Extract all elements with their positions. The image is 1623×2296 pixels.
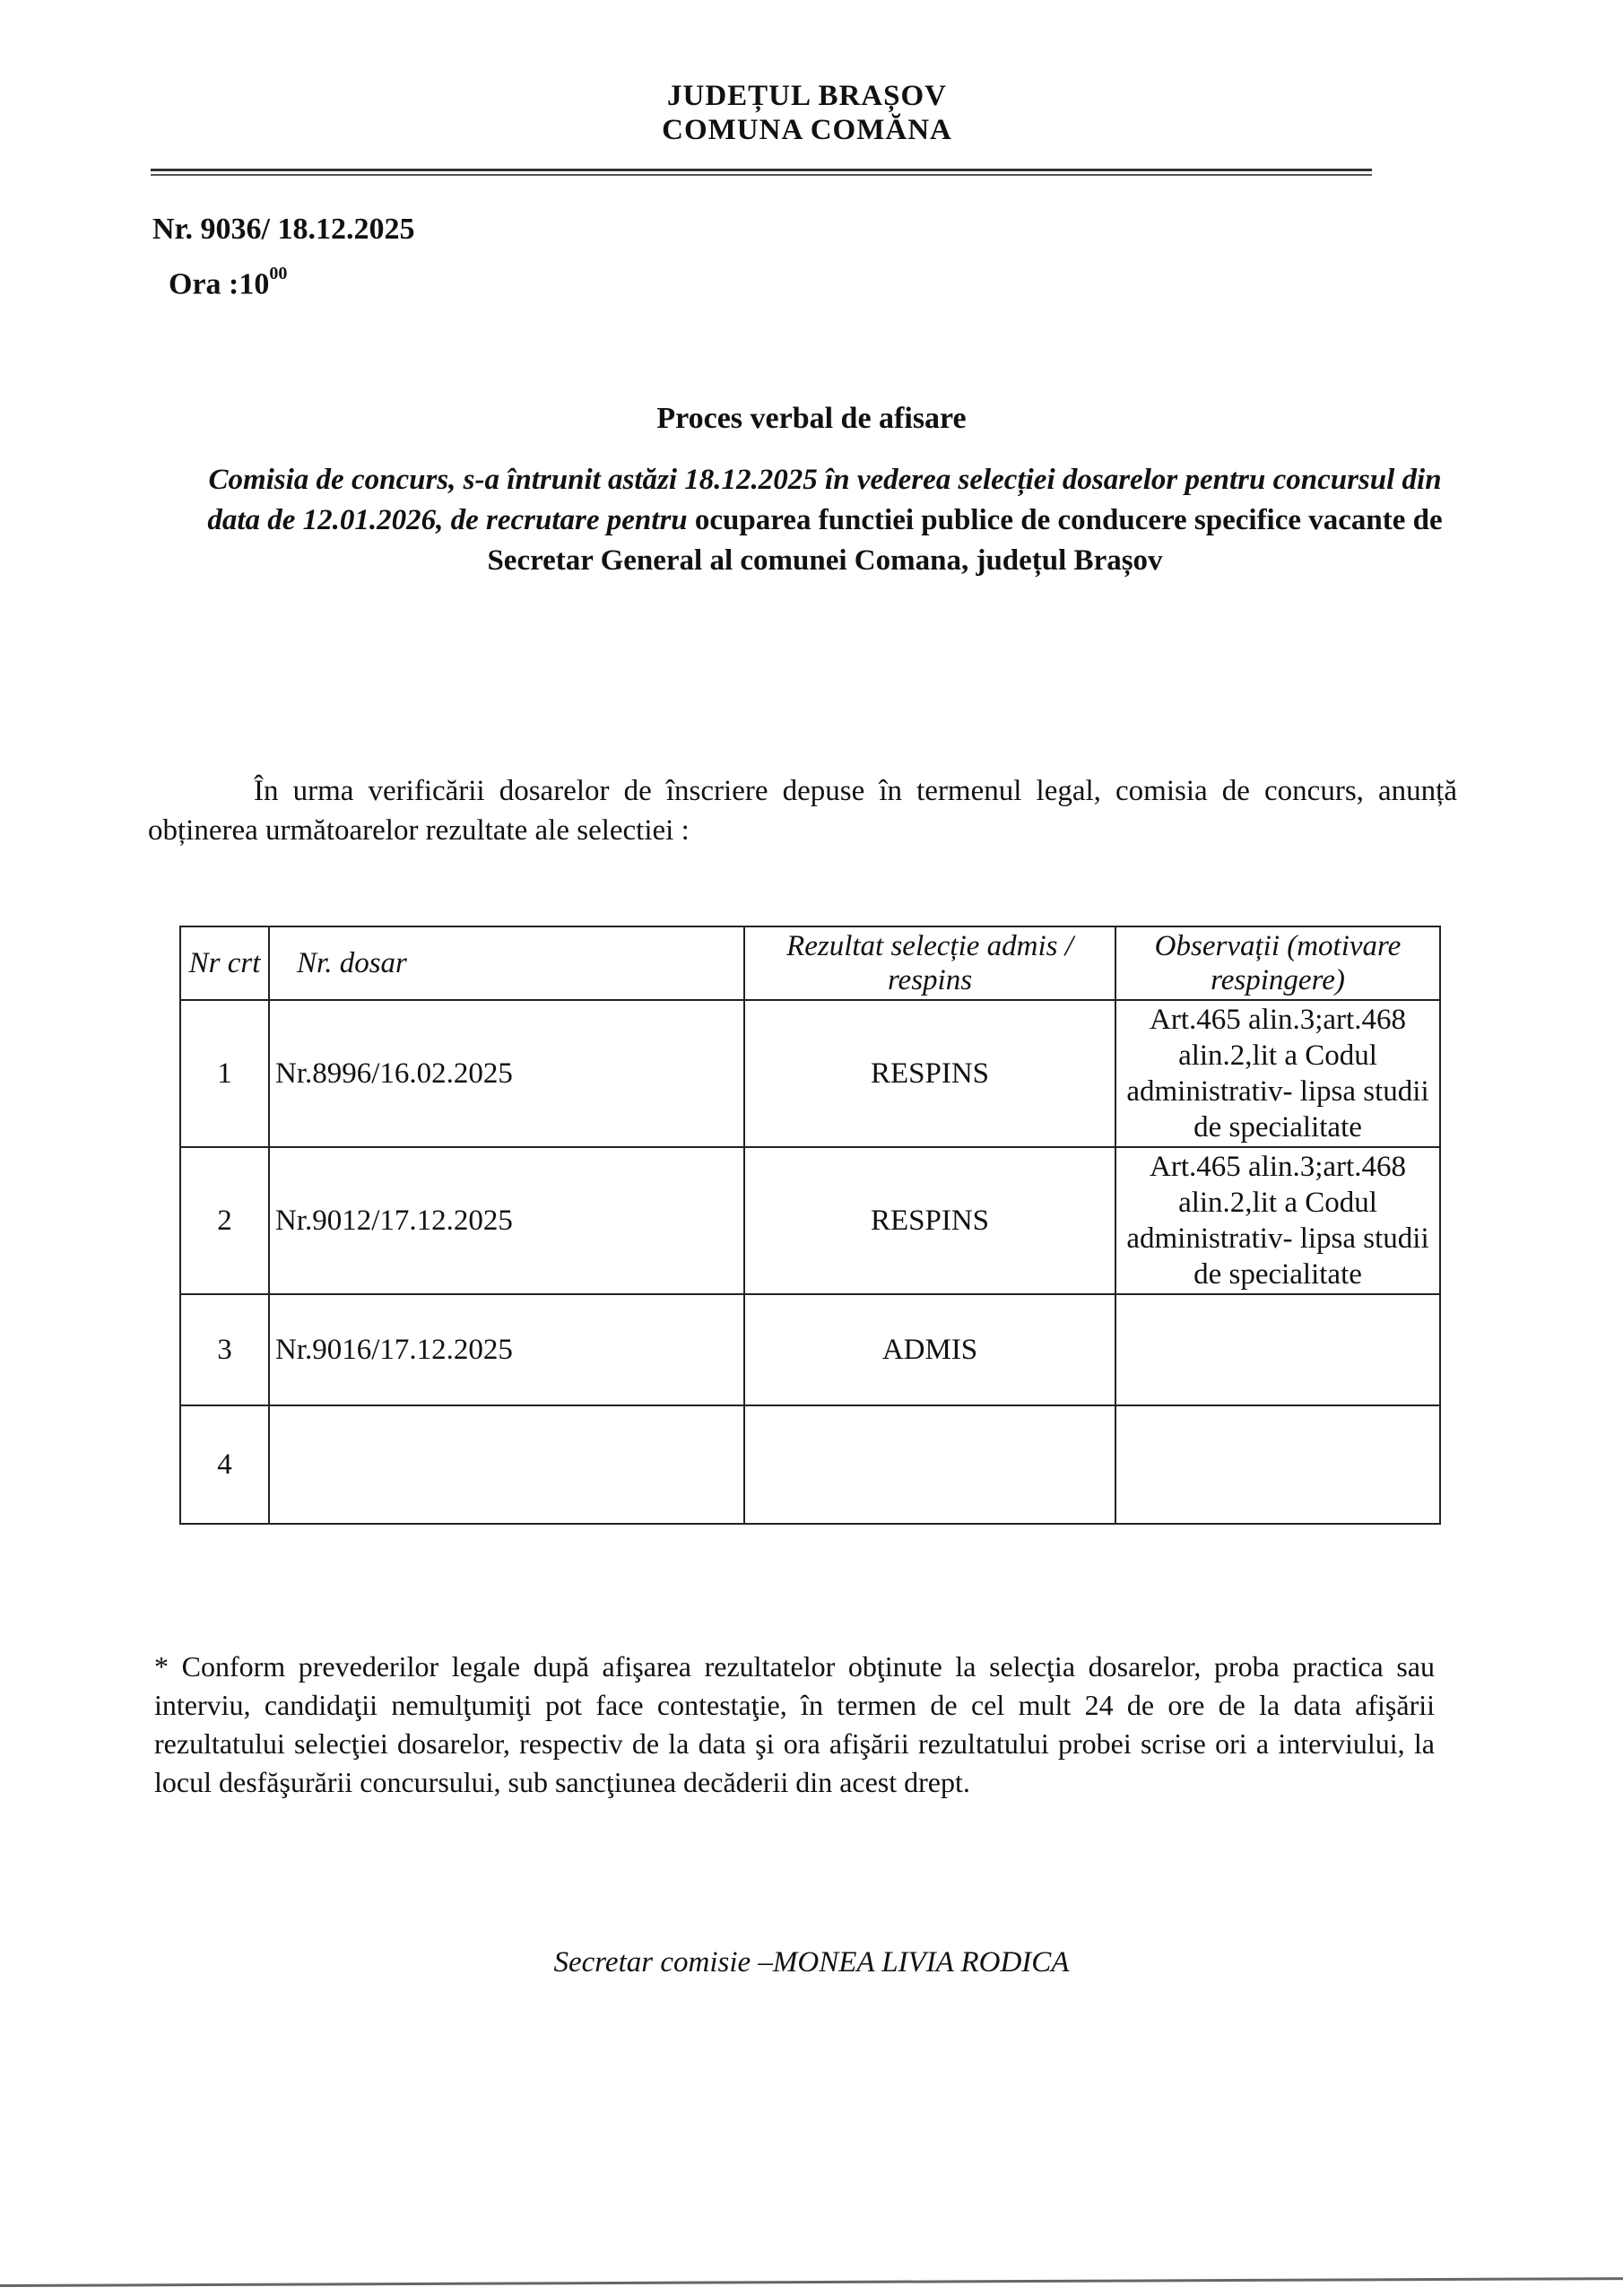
cell-nr: 3	[180, 1294, 269, 1405]
legal-note: * Conform prevederilor legale după afişa…	[154, 1648, 1435, 1802]
cell-dosar: Nr.9012/17.12.2025	[269, 1147, 744, 1294]
header-dosar: Nr. dosar	[269, 926, 744, 1000]
time-label: Ora :10	[169, 267, 269, 300]
header-divider-secondary	[151, 174, 1372, 176]
cell-observatii	[1115, 1294, 1440, 1405]
header-county: JUDEȚUL BRAȘOV	[556, 79, 1058, 113]
table-row: 1 Nr.8996/16.02.2025 RESPINS Art.465 ali…	[180, 1000, 1440, 1147]
cell-rezultat	[744, 1405, 1115, 1524]
table-row: 4	[180, 1405, 1440, 1524]
cell-dosar: Nr.9016/17.12.2025	[269, 1294, 744, 1405]
table-header-row: Nr crt Nr. dosar Rezultat selecție admis…	[180, 926, 1440, 1000]
signature-line: Secretar comisie –MONEA LIVIA RODICA	[0, 1946, 1623, 1979]
cell-rezultat: ADMIS	[744, 1294, 1115, 1405]
cell-nr: 1	[180, 1000, 269, 1147]
header-observatii: Observații (motivare respingere)	[1115, 926, 1440, 1000]
table-row: 3 Nr.9016/17.12.2025 ADMIS	[180, 1294, 1440, 1405]
cell-nr: 2	[180, 1147, 269, 1294]
cell-observatii	[1115, 1405, 1440, 1524]
cell-nr: 4	[180, 1405, 269, 1524]
time-minutes: 00	[269, 264, 287, 283]
results-table: Nr crt Nr. dosar Rezultat selecție admis…	[179, 926, 1441, 1525]
cell-rezultat: RESPINS	[744, 1000, 1115, 1147]
table-row: 2 Nr.9012/17.12.2025 RESPINS Art.465 ali…	[180, 1147, 1440, 1294]
scan-edge-line	[0, 2277, 1623, 2287]
registration-time: Ora :1000	[169, 267, 287, 301]
header-rezultat: Rezultat selecție admis / respins	[744, 926, 1115, 1000]
header-nr-crt: Nr crt	[180, 926, 269, 1000]
cell-observatii: Art.465 alin.3;art.468 alin.2,lit a Codu…	[1115, 1147, 1440, 1294]
header-divider	[151, 169, 1372, 171]
cell-rezultat: RESPINS	[744, 1147, 1115, 1294]
intro-paragraph: Comisia de concurs, s-a întrunit astăzi …	[188, 460, 1462, 581]
cell-dosar: Nr.8996/16.02.2025	[269, 1000, 744, 1147]
cell-observatii: Art.465 alin.3;art.468 alin.2,lit a Codu…	[1115, 1000, 1440, 1147]
registration-number: Nr. 9036/ 18.12.2025	[152, 213, 414, 247]
verification-paragraph: În urma verificării dosarelor de înscrie…	[148, 771, 1457, 850]
document-title: Proces verbal de afisare	[0, 402, 1623, 436]
header-commune: COMUNA COMĂNA	[556, 113, 1058, 147]
cell-dosar	[269, 1405, 744, 1524]
